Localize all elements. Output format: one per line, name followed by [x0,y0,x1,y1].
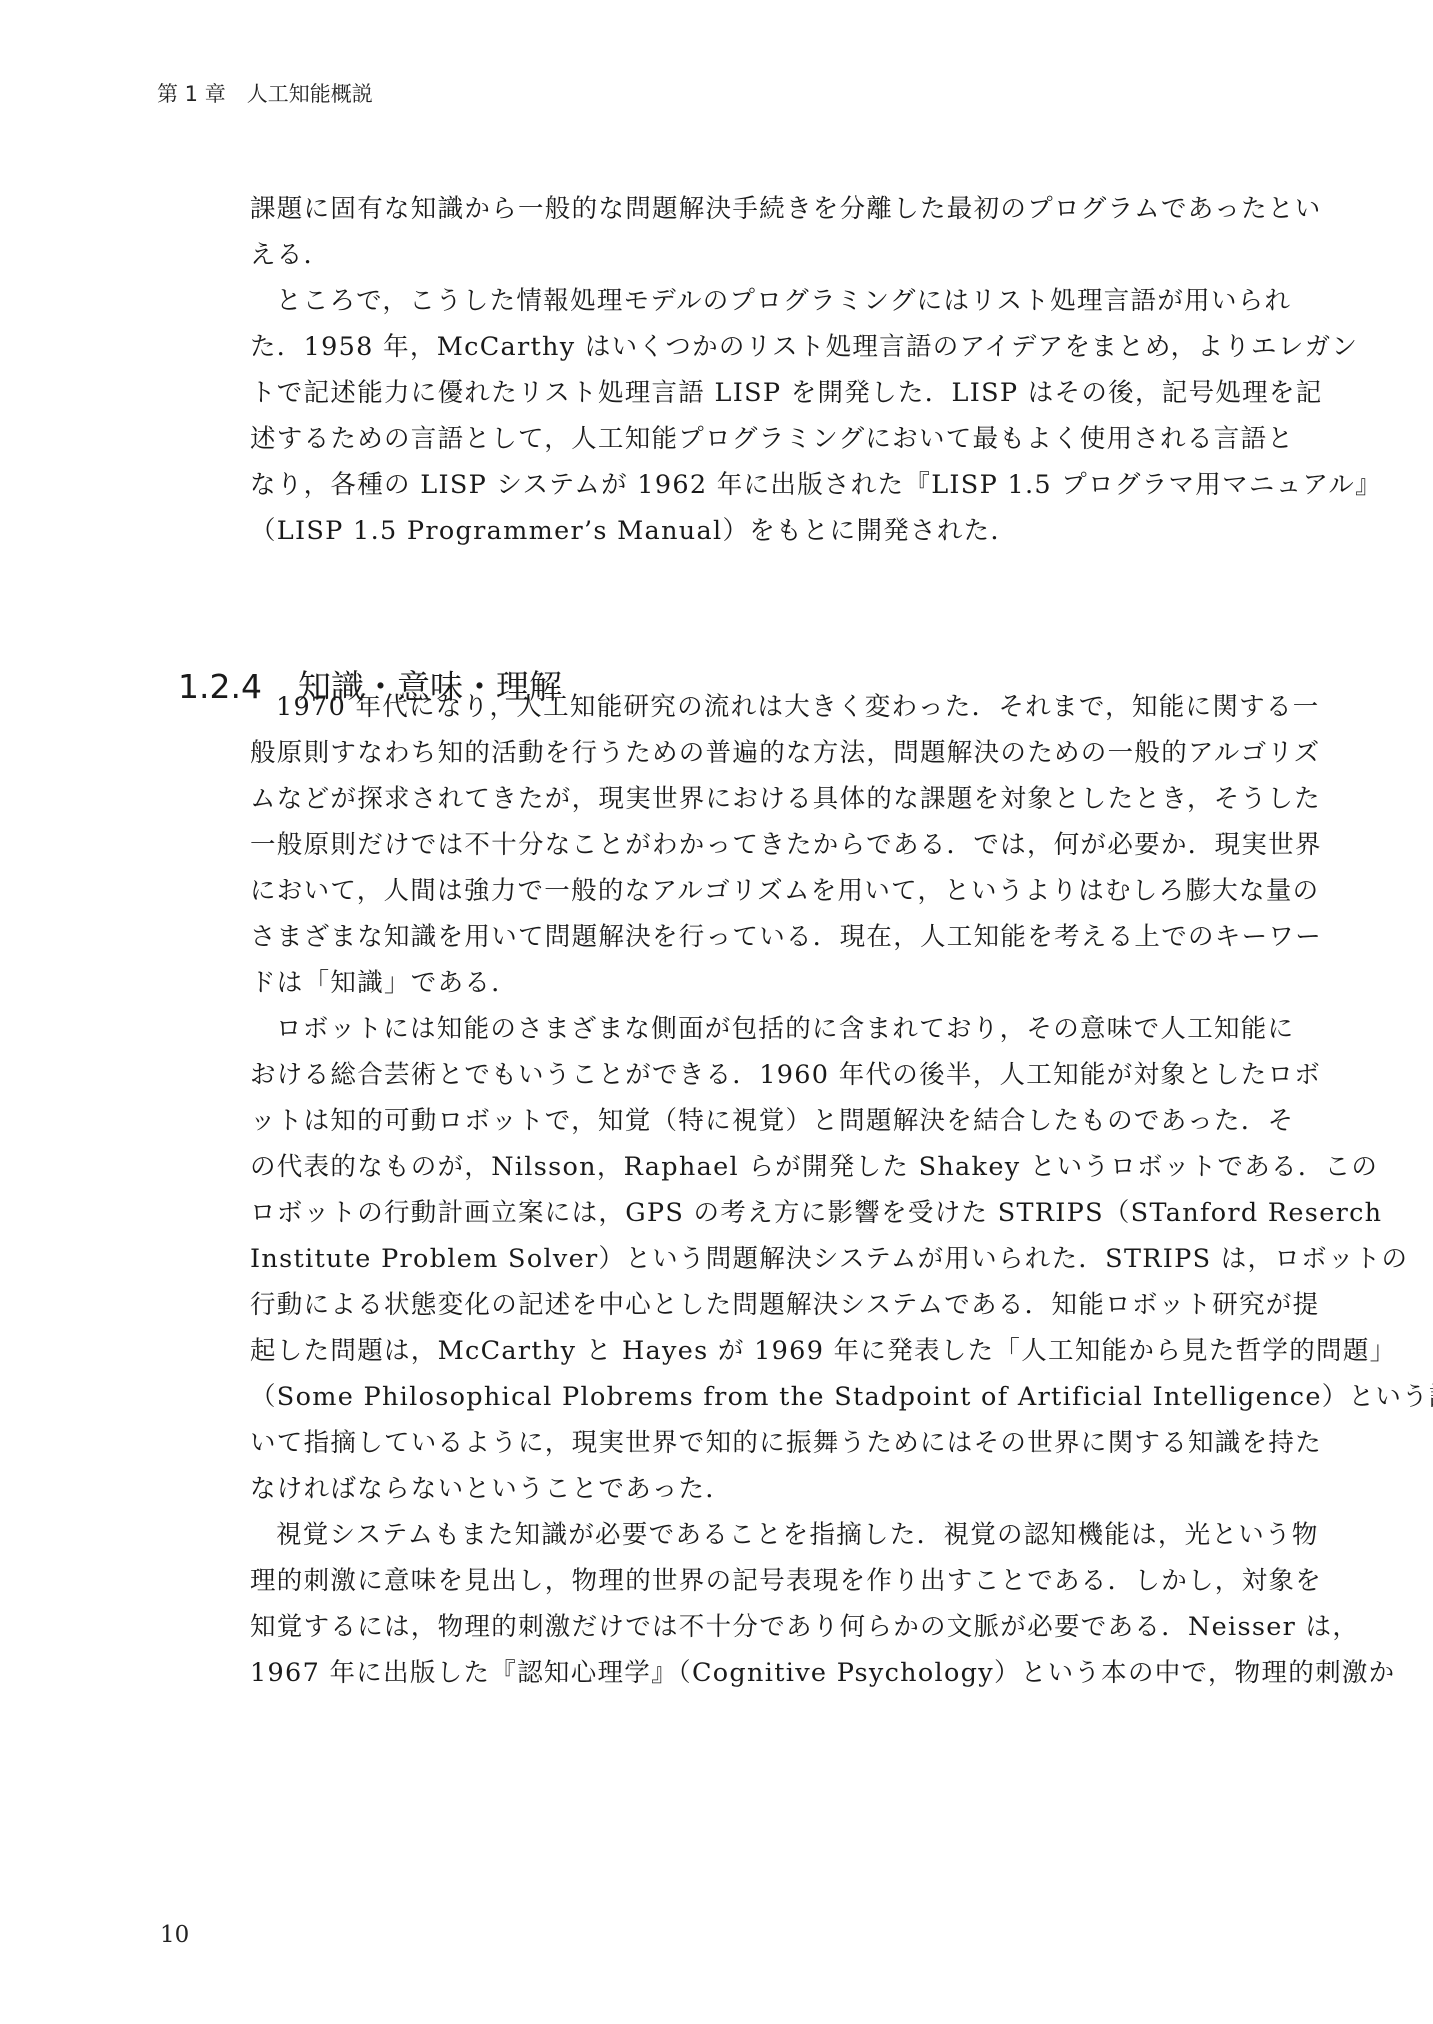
text-line: なり，各種の LISP システムが 1962 年に出版された『LISP 1.5 … [250,462,1285,508]
text-line: いて指摘しているように，現実世界で知的に振舞うためにはその世界に関する知識を持た [250,1420,1285,1466]
text-line: おける総合芸術とでもいうことができる．1960 年代の後半，人工知能が対象とした… [250,1052,1285,1098]
text-line: において，人間は強力で一般的なアルゴリズムを用いて，というよりはむしろ膨大な量の [250,868,1285,914]
body-text-after-section: 1970 年代になり，人工知能研究の流れは大きく変わった．それまで，知能に関する… [250,684,1285,1696]
text-line: （LISP 1.5 Programmer’s Manual）をもとに開発された． [250,508,1285,554]
text-line: ロボットには知能のさまざまな側面が包括的に含まれており，その意味で人工知能に [250,1006,1285,1052]
text-line: ムなどが探求されてきたが，現実世界における具体的な課題を対象としたとき，そうした [250,776,1285,822]
text-line: 1970 年代になり，人工知能研究の流れは大きく変わった．それまで，知能に関する… [250,684,1285,730]
page-number: 10 [160,1922,189,1948]
text-line: ドは「知識」である． [250,960,1285,1006]
text-line: （Some Philosophical Plobrems from the St… [250,1374,1285,1420]
text-line: ところで，こうした情報処理モデルのプログラミングにはリスト処理言語が用いられ [250,278,1285,324]
text-line: た．1958 年，McCarthy はいくつかのリスト処理言語のアイデアをまとめ… [250,324,1285,370]
text-line: ロボットの行動計画立案には，GPS の考え方に影響を受けた STRIPS（STa… [250,1190,1285,1236]
text-line: える． [250,232,1285,278]
body-text-before-section: 課題に固有な知識から一般的な問題解決手続きを分離した最初のプログラムであったとい… [250,186,1285,554]
text-line: 知覚するには，物理的刺激だけでは不十分であり何らかの文脈が必要である．Neiss… [250,1604,1285,1650]
text-line: 般原則すなわち知的活動を行うための普遍的な方法，問題解決のための一般的アルゴリズ [250,730,1285,776]
text-line: 行動による状態変化の記述を中心とした問題解決システムである．知能ロボット研究が提 [250,1282,1285,1328]
text-line: 一般原則だけでは不十分なことがわかってきたからである．では，何が必要か．現実世界 [250,822,1285,868]
running-head: 第 1 章 人工知能概説 [157,78,373,108]
text-line: トで記述能力に優れたリスト処理言語 LISP を開発した．LISP はその後，記… [250,370,1285,416]
text-line: なければならないということであった． [250,1466,1285,1512]
text-line: 述するための言語として，人工知能プログラミングにおいて最もよく使用される言語と [250,416,1285,462]
text-line: ットは知的可動ロボットで，知覚（特に視覚）と問題解決を結合したものであった．そ [250,1098,1285,1144]
text-line: 視覚システムもまた知識が必要であることを指摘した．視覚の認知機能は，光という物 [250,1512,1285,1558]
text-line: Institute Problem Solver）という問題解決システムが用いら… [250,1236,1285,1282]
text-line: さまざまな知識を用いて問題解決を行っている．現在，人工知能を考える上でのキーワー [250,914,1285,960]
text-line: の代表的なものが，Nilsson，Raphael らが開発した Shakey と… [250,1144,1285,1190]
text-line: 1967 年に出版した『認知心理学』（Cognitive Psychology）… [250,1650,1285,1696]
text-line: 課題に固有な知識から一般的な問題解決手続きを分離した最初のプログラムであったとい [250,186,1285,232]
text-line: 理的刺激に意味を見出し，物理的世界の記号表現を作り出すことである．しかし，対象を [250,1558,1285,1604]
text-line: 起した問題は，McCarthy と Hayes が 1969 年に発表した「人工… [250,1328,1285,1374]
